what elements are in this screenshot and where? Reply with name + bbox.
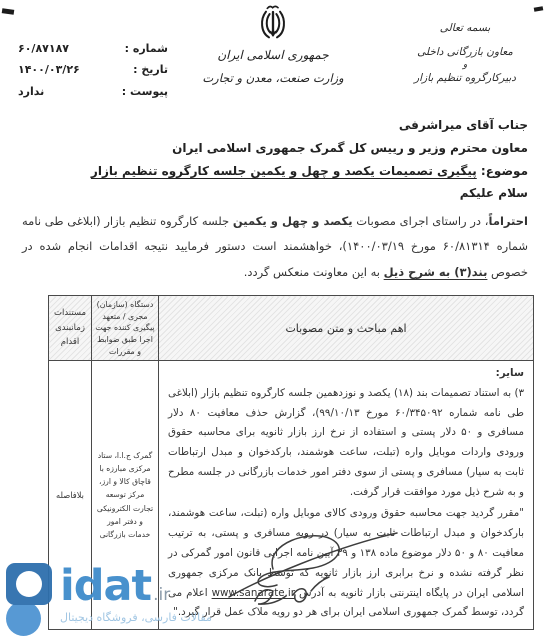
letter-number-value: ۶۰/۸۷۱۸۷ — [18, 38, 69, 59]
iran-national-emblem-icon — [256, 4, 290, 44]
gidat-brand-text: idat — [60, 565, 151, 608]
section-label-other: سایر: — [168, 364, 524, 384]
column-header-organization: دستگاه (سازمان) مجری / متعهد پیگیری کنند… — [92, 296, 159, 361]
respect-word: احتراماً — [489, 214, 528, 228]
subject-label: موضوع: — [477, 164, 528, 178]
sender-title-conjunction: و — [414, 61, 516, 71]
session-number-bold: یکصد و چهل و یکمین — [233, 214, 353, 228]
handwritten-signature — [215, 523, 400, 615]
letter-date-row: تاریخ : ۱۴۰۰/۰۳/۲۶ — [18, 59, 168, 80]
recipient-title: معاون محترم وزیر و رییس کل گمرک جمهوری ا… — [18, 137, 528, 160]
gidat-domain-text: .ir — [153, 585, 170, 605]
letter-date-value: ۱۴۰۰/۰۳/۲۶ — [18, 59, 80, 80]
sender-title-line2: دبیرکارگروه تنظیم بازار — [414, 70, 516, 86]
letterhead: بسمه تعالی معاون بازرگانی داخلی و دبیرکا… — [0, 0, 546, 112]
letter-number-label: شماره : — [125, 38, 168, 59]
body-segment-1: ، در راستای اجرای مصوبات — [353, 214, 489, 228]
ministry-title: وزارت صنعت، معدن و تجارت — [163, 71, 383, 85]
sender-titles-block: بسمه تعالی معاون بازرگانی داخلی و دبیرکا… — [414, 20, 516, 87]
clause-reference-underlined: بند(۳) به شرح ذیل — [384, 265, 488, 279]
gidat-g-icon — [6, 563, 56, 636]
subject-text: پیگیری تصمیمات یکصد و چهل و یکمین جلسه ک… — [91, 164, 477, 178]
bismillah-text: بسمه تعالی — [414, 20, 516, 36]
salutation: سلام علیکم — [18, 182, 528, 205]
column-header-docs: مستندات زمانبندی اقدام — [49, 296, 92, 361]
letter-number-row: شماره : ۶۰/۸۷۱۸۷ — [18, 38, 168, 59]
ministry-block: جمهوری اسلامی ایران وزارت صنعت، معدن و ت… — [163, 4, 383, 85]
gidat-tagline: مقالات فارسی، فروشگاه دیجیتال — [60, 611, 212, 624]
body-segment-3: به این معاونت منعکس گردد. — [244, 265, 384, 279]
recipient-name: جناب آقای میراشرفی — [18, 114, 528, 137]
resolution-paragraph: ۳) به استناد تصمیمات بند (۱۸) یکصد و نوز… — [168, 384, 524, 503]
letter-attachment-value: ندارد — [18, 81, 44, 102]
letter-body-paragraph: احتراماً، در راستای اجرای مصوبات یکصد و … — [0, 205, 546, 285]
sender-title-line1: معاون بازرگانی داخلی — [414, 44, 516, 60]
gidat-brand-block: idat .ir مقالات فارسی، فروشگاه دیجیتال — [60, 563, 212, 624]
scanned-letter-page: بسمه تعالی معاون بازرگانی داخلی و دبیرکا… — [0, 0, 546, 640]
letter-date-label: تاریخ : — [133, 59, 168, 80]
letter-attachment-row: پیوست : ندارد — [18, 81, 168, 102]
gidat-watermark-logo[interactable]: idat .ir مقالات فارسی، فروشگاه دیجیتال — [6, 563, 212, 636]
subject-line: موضوع: پیگیری تصمیمات یکصد و چهل و یکمین… — [18, 160, 528, 183]
letter-meta-block: شماره : ۶۰/۸۷۱۸۷ تاریخ : ۱۴۰۰/۰۳/۲۶ پیوس… — [18, 38, 168, 102]
table-header-row: اهم مباحث و متن مصوبات دستگاه (سازمان) م… — [49, 296, 534, 361]
letter-attachment-label: پیوست : — [122, 81, 168, 102]
column-header-topics: اهم مباحث و متن مصوبات — [159, 296, 534, 361]
republic-title: جمهوری اسلامی ایران — [163, 48, 383, 62]
recipient-block: جناب آقای میراشرفی معاون محترم وزیر و ری… — [0, 112, 546, 205]
